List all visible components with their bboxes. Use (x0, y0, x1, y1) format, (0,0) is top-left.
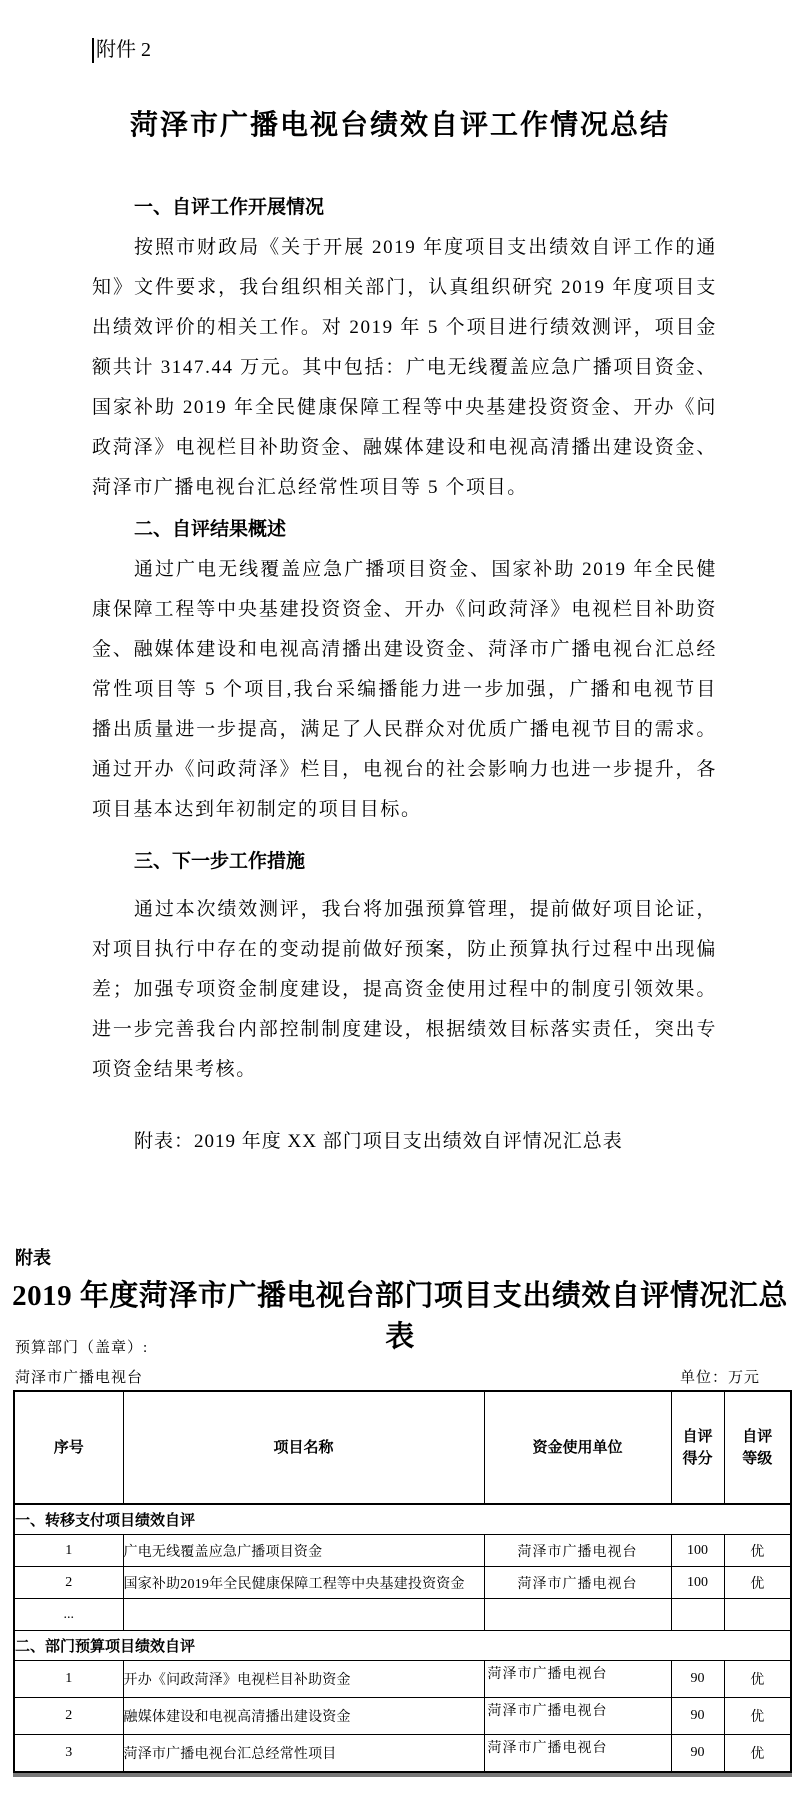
doc-title: 菏泽市广播电视台绩效自评工作情况总结 (0, 103, 800, 143)
summary-table-head: 序号项目名称资金使用单位自评 得分自评 等级 (14, 1391, 791, 1504)
column-header: 自评 得分 (671, 1391, 724, 1504)
doc-body: 一、自评工作开展情况按照市财政局《关于开展 2019 年度项目支出绩效自评工作的… (92, 188, 717, 1162)
section-paragraph: 通过本次绩效测评，我台将加强预算管理，提前做好项目论证，对项目执行中存在的变动提… (92, 890, 717, 1090)
cell-grade: 优 (724, 1535, 791, 1567)
cell-project: 融媒体建设和电视高清播出建设资金 (123, 1698, 484, 1735)
summary-table-body: 一、转移支付项目绩效自评1广电无线覆盖应急广播项目资金菏泽市广播电视台100优2… (14, 1504, 791, 1772)
cell-score: 90 (671, 1698, 724, 1735)
group-title-row: 一、转移支付项目绩效自评 (14, 1504, 791, 1535)
cell-unit (484, 1599, 671, 1631)
section-heading: 二、自评结果概述 (92, 510, 717, 550)
cell-project: 国家补助2019年全民健康保障工程等中央基建投资资金 (123, 1567, 484, 1599)
column-header: 项目名称 (123, 1391, 484, 1504)
cell-score: 100 (671, 1567, 724, 1599)
dept-name: 菏泽市广播电视台 (15, 1370, 143, 1386)
section-heading: 一、自评工作开展情况 (92, 188, 717, 228)
budget-dept-label: 预算部门（盖章）: (15, 1336, 148, 1357)
cell-no: 1 (14, 1661, 123, 1698)
cell-grade: 优 (724, 1735, 791, 1773)
cell-unit: 菏泽市广播电视台 (484, 1698, 671, 1735)
text-cursor (92, 38, 94, 63)
cell-no: ... (14, 1599, 123, 1631)
cell-no: 2 (14, 1567, 123, 1599)
cell-score (671, 1599, 724, 1631)
summary-table-wrap: 序号项目名称资金使用单位自评 得分自评 等级 一、转移支付项目绩效自评1广电无线… (13, 1390, 792, 1777)
header-row: 序号项目名称资金使用单位自评 得分自评 等级 (14, 1391, 791, 1504)
cell-grade: 优 (724, 1567, 791, 1599)
table-row: 1开办《问政菏泽》电视栏目补助资金菏泽市广播电视台90优 (14, 1661, 791, 1698)
column-header: 资金使用单位 (484, 1391, 671, 1504)
cell-unit: 菏泽市广播电视台 (484, 1735, 671, 1773)
cell-score: 90 (671, 1735, 724, 1773)
cell-grade: 优 (724, 1698, 791, 1735)
appendix-note: 附表：2019 年度 XX 部门项目支出绩效自评情况汇总表 (92, 1122, 717, 1162)
table-row: 2融媒体建设和电视高清播出建设资金菏泽市广播电视台90优 (14, 1698, 791, 1735)
cell-unit: 菏泽市广播电视台 (484, 1535, 671, 1567)
cell-score: 100 (671, 1535, 724, 1567)
summary-table: 序号项目名称资金使用单位自评 得分自评 等级 一、转移支付项目绩效自评1广电无线… (13, 1390, 792, 1773)
cell-no: 1 (14, 1535, 123, 1567)
cell-project: 菏泽市广播电视台汇总经常性项目 (123, 1735, 484, 1773)
cell-project (123, 1599, 484, 1631)
table-row: 2国家补助2019年全民健康保障工程等中央基建投资资金菏泽市广播电视台100优 (14, 1567, 791, 1599)
cell-project: 开办《问政菏泽》电视栏目补助资金 (123, 1661, 484, 1698)
column-header: 自评 等级 (724, 1391, 791, 1504)
column-header: 序号 (14, 1391, 123, 1504)
section-heading: 三、下一步工作措施 (92, 842, 717, 882)
cell-unit: 菏泽市广播电视台 (484, 1661, 671, 1698)
unit-label: 单位：万元 (680, 1366, 760, 1387)
cell-no: 3 (14, 1735, 123, 1773)
attachment-label: 附件 2 (96, 38, 151, 63)
cell-unit: 菏泽市广播电视台 (484, 1567, 671, 1599)
cell-grade (724, 1599, 791, 1631)
group-title: 一、转移支付项目绩效自评 (14, 1504, 791, 1535)
section-paragraph: 按照市财政局《关于开展 2019 年度项目支出绩效自评工作的通知》文件要求，我台… (92, 228, 717, 508)
appendix-label: 附表 (15, 1244, 51, 1270)
table-meta-line: 单位：万元 菏泽市广播电视台 (15, 1366, 760, 1387)
group-title: 二、部门预算项目绩效自评 (14, 1631, 791, 1661)
cell-score: 90 (671, 1661, 724, 1698)
cell-project: 广电无线覆盖应急广播项目资金 (123, 1535, 484, 1567)
table-row: 3菏泽市广播电视台汇总经常性项目菏泽市广播电视台90优 (14, 1735, 791, 1773)
group-title-row: 二、部门预算项目绩效自评 (14, 1631, 791, 1661)
table-row: 1广电无线覆盖应急广播项目资金菏泽市广播电视台100优 (14, 1535, 791, 1567)
document-page: 附件 2 菏泽市广播电视台绩效自评工作情况总结 一、自评工作开展情况按照市财政局… (0, 0, 800, 1816)
section-paragraph: 通过广电无线覆盖应急广播项目资金、国家补助 2019 年全民健康保障工程等中央基… (92, 550, 717, 830)
cell-no: 2 (14, 1698, 123, 1735)
cell-grade: 优 (724, 1661, 791, 1698)
table-row: ... (14, 1599, 791, 1631)
